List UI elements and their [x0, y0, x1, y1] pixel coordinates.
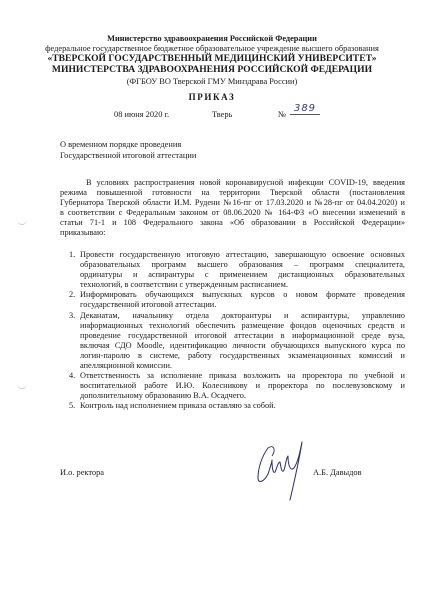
order-item-line: Информировать обучающихся выпускных курс…: [80, 290, 405, 300]
order-item-line: Контроль над исполнением приказа оставля…: [80, 401, 405, 411]
header-university-name: «ТВЕРСКОЙ ГОСУДАРСТВЕННЫЙ МЕДИЦИНСКИЙ УН…: [0, 54, 424, 64]
document-subject-line-2: Государственной итоговой аттестации: [60, 151, 196, 162]
order-item-2: 2. Информировать обучающихся выпускных к…: [70, 290, 405, 310]
order-item-line: технологий, в соответствии с утвержденны…: [80, 280, 405, 290]
header-ministry: Министерство здравоохранения Российской …: [0, 34, 424, 44]
order-item-line: Ответственность за исполнение приказа во…: [80, 371, 405, 381]
order-item-5: 5. Контроль над исполнением приказа оста…: [70, 401, 405, 411]
order-item-line: Деканатам, начальнику отдела докторантур…: [80, 311, 405, 321]
preamble-line: Губернатора Тверской области И.М. Рудени…: [60, 198, 405, 208]
signatory-role: И.о. ректора: [60, 468, 104, 477]
order-item-4: 4. Ответственность за исполнение приказа…: [70, 371, 405, 401]
preamble-line: в соответствии с Федеральным законом от …: [60, 208, 405, 218]
order-item-line: информационных технологий обеспечить раз…: [80, 321, 405, 331]
preamble-paragraph: В условиях распространения новой коронав…: [60, 178, 405, 239]
order-item-1: 1. Провести государственную итоговую атт…: [70, 250, 405, 290]
document-page: Министерство здравоохранения Российской …: [0, 0, 424, 600]
order-items-list: 1. Провести государственную итоговую атт…: [70, 250, 405, 412]
order-item-line: государственной итоговой аттестации.: [80, 300, 405, 310]
order-item-line: включая СДО Moodle, идентификацию личнос…: [80, 341, 405, 351]
order-item-number: 3.: [69, 311, 75, 321]
header-abbreviation: (ФГБОУ ВО Тверской ГМУ Минздрава России): [0, 77, 424, 87]
order-item-line: Провести государственную итоговую аттест…: [80, 250, 405, 260]
document-city: Тверь: [212, 110, 232, 119]
document-number-value: 389: [290, 103, 320, 115]
preamble-line: статьи 71-1 и 108 Федерального закона «О…: [60, 218, 405, 228]
preamble-line: режима повышенной готовности на территор…: [60, 188, 405, 198]
signatory-name: А.Б. Давыдов: [313, 468, 362, 477]
order-item-line: образовательных программ высшего образов…: [80, 260, 405, 270]
document-date: 08 июня 2020 г.: [114, 110, 169, 119]
document-number-label: №: [278, 110, 286, 119]
order-item-number: 5.: [69, 401, 75, 411]
punch-hole-mark: [17, 218, 27, 225]
preamble-line: приказываю:: [60, 228, 405, 238]
header-ministry-caps: МИНИСТЕРСТВА ЗДРАВООХРАНЕНИЯ РОССИЙСКОЙ …: [0, 65, 424, 75]
order-item-line: ординатуры и аспирантуры с применением д…: [80, 270, 405, 280]
order-item-number: 4.: [69, 371, 75, 381]
order-item-line: проведение государственной итоговой атте…: [80, 331, 405, 341]
order-item-line: логин-паролю в системе, работу государст…: [80, 351, 405, 361]
order-item-3: 3. Деканатам, начальнику отдела докторан…: [70, 311, 405, 372]
order-item-line: дополнительному образованию В.А. Осадчег…: [80, 391, 405, 401]
order-item-number: 2.: [69, 290, 75, 300]
preamble-line: В условиях распространения новой коронав…: [60, 178, 405, 188]
order-item-line: апелляционной комиссии.: [80, 361, 405, 371]
document-title: ПРИКАЗ: [0, 92, 424, 102]
punch-hole-mark: [17, 382, 27, 389]
order-item-line: воспитательной работе И.Ю. Колесникову и…: [80, 381, 405, 391]
handwritten-signature-icon: [254, 438, 314, 502]
document-subject-line-1: О временном порядке проведения: [60, 140, 181, 151]
order-item-number: 1.: [69, 250, 75, 260]
